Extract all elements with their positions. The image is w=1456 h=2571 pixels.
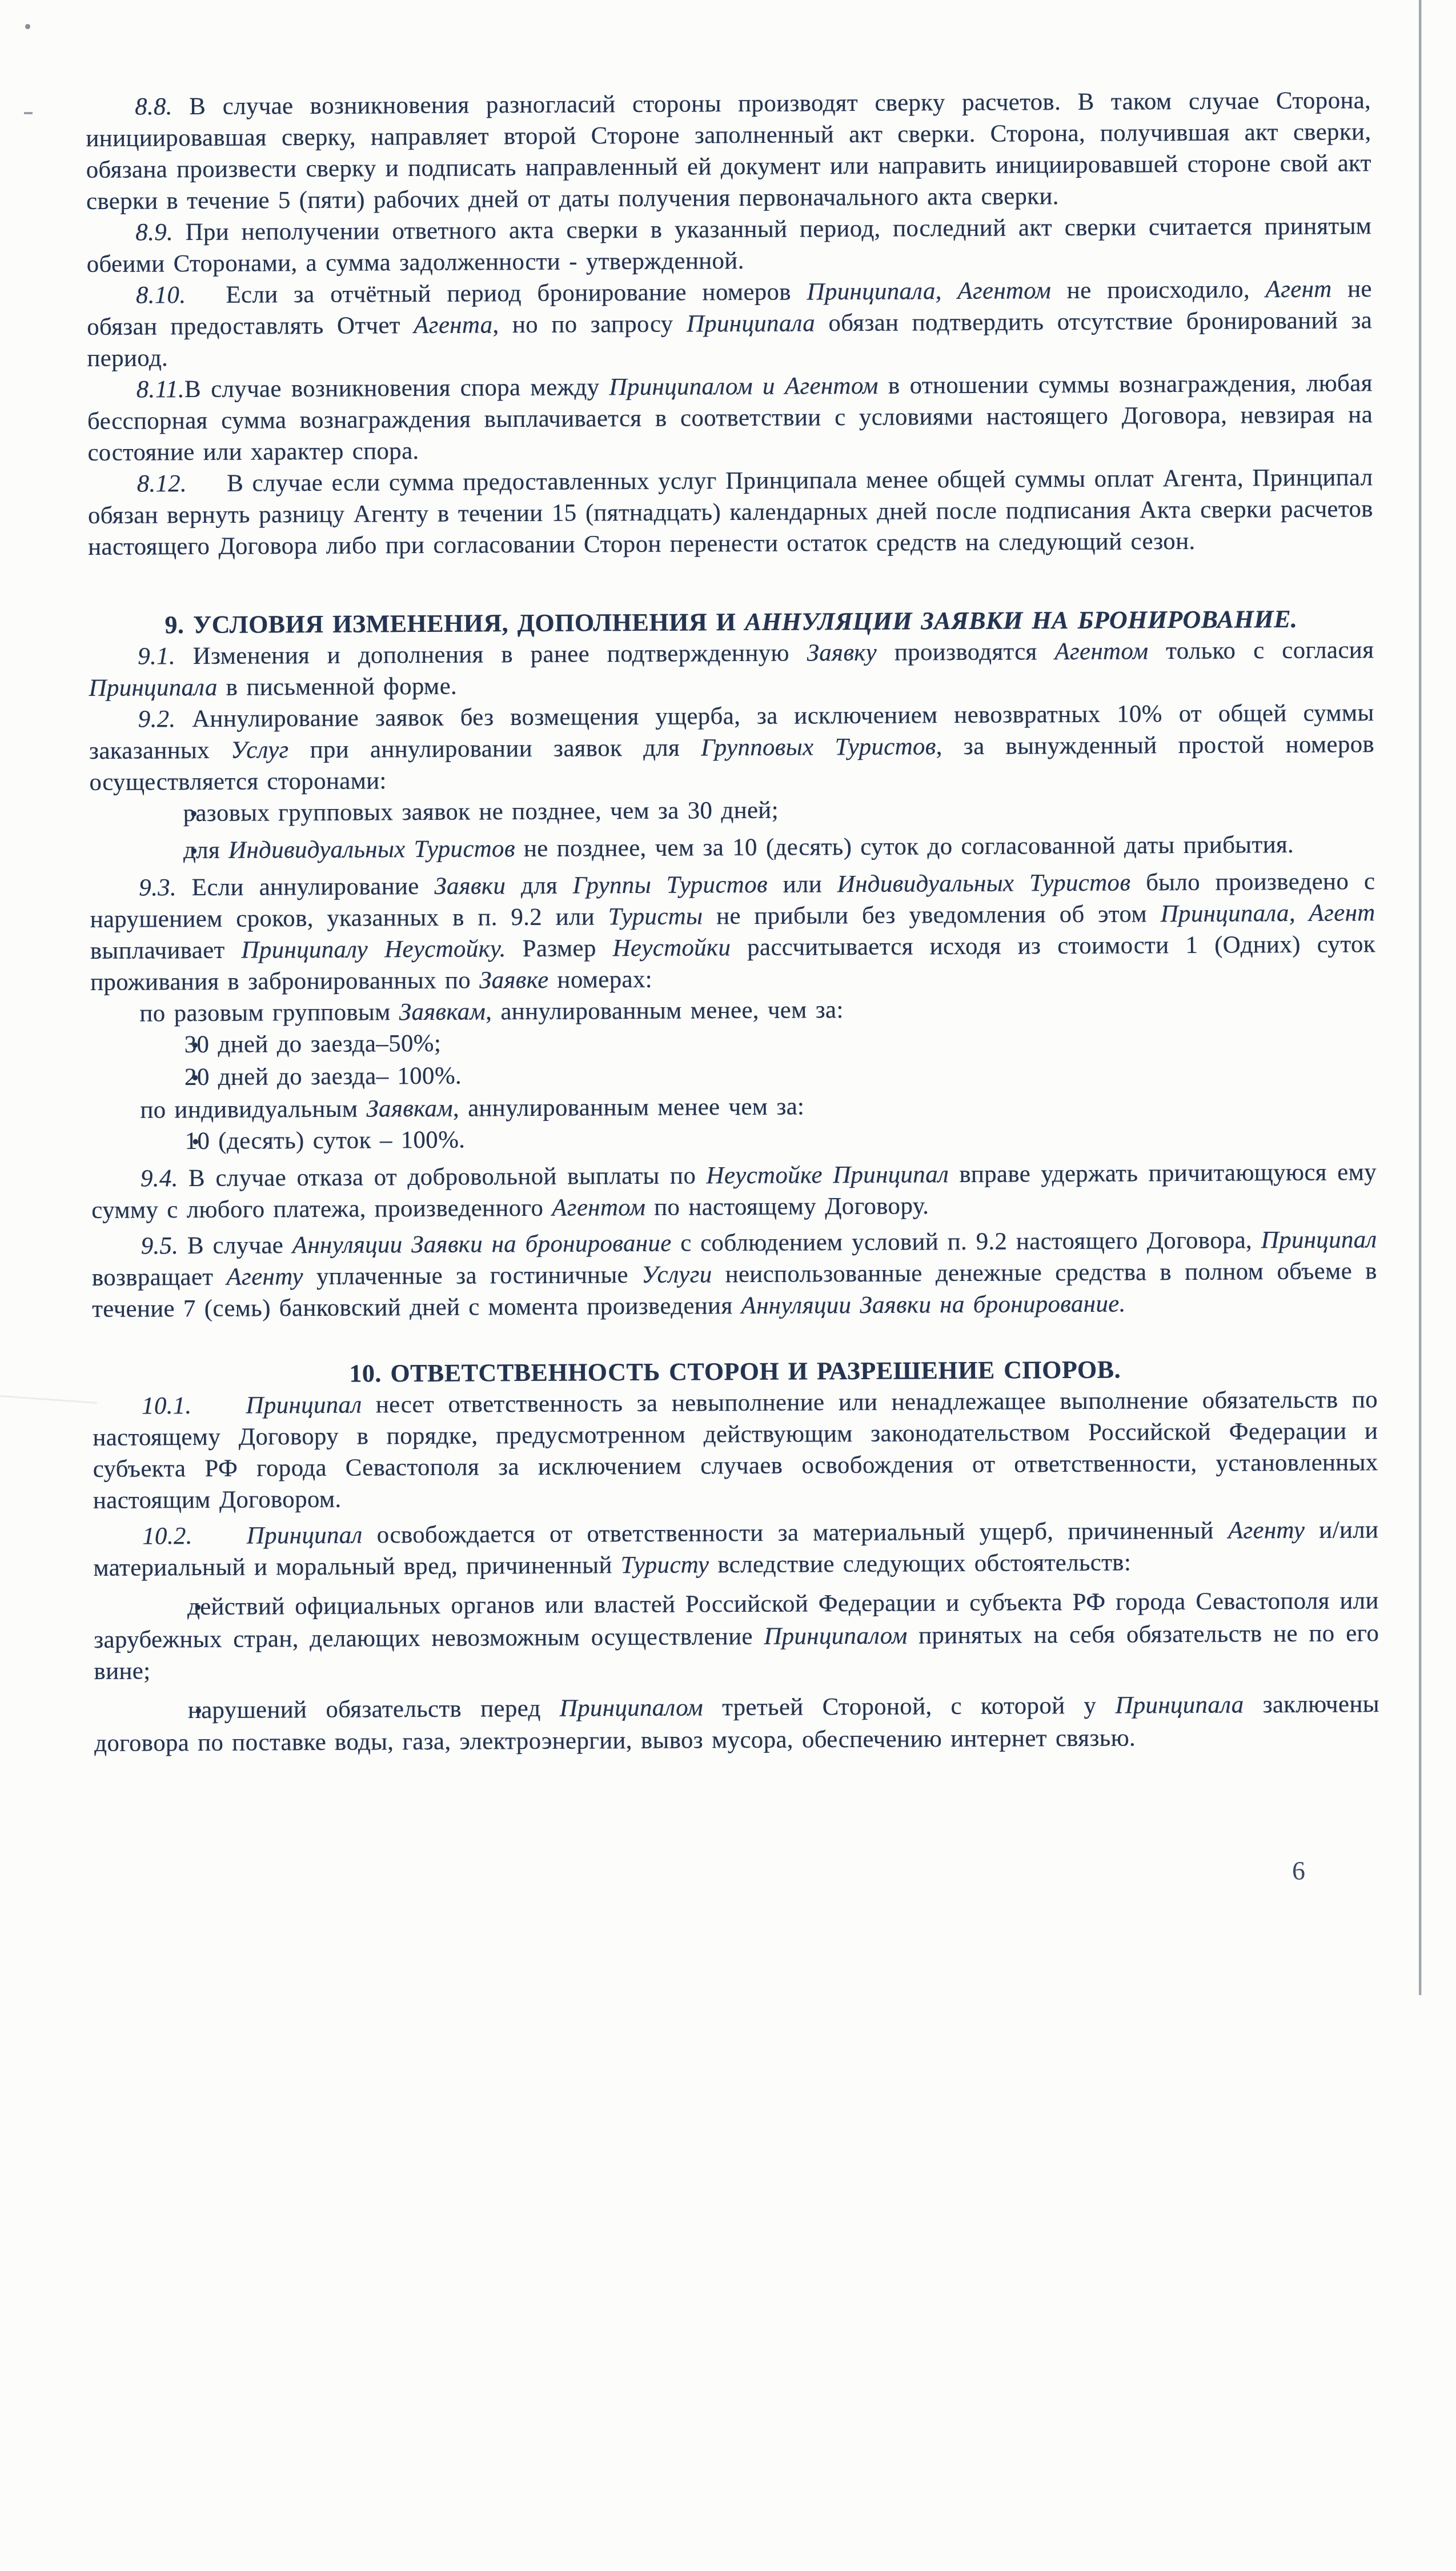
bullet-icon: •: [140, 836, 183, 867]
text-run: Услуги: [641, 1261, 712, 1288]
text-run: Принципалу Неустойку.: [241, 935, 506, 963]
text-run: 8.8.: [135, 93, 173, 120]
text-run: Принципала, Агентом: [807, 277, 1051, 305]
text-run: Если за отчётный период бронирование ном…: [226, 278, 807, 308]
text-run: Заявкам: [399, 998, 486, 1026]
text-run: Принципалом: [764, 1623, 908, 1650]
bullet-group-deadline: •разовых групповых заявок не позднее, че…: [89, 791, 1374, 831]
text-run: Размер: [506, 935, 613, 962]
text-run: 8.9.: [135, 219, 173, 246]
text-run: 9.5.: [141, 1232, 178, 1259]
bullet-icon: •: [145, 1696, 188, 1727]
bullet-icon: •: [141, 1063, 184, 1094]
text-run: по разовым групповым: [139, 999, 399, 1027]
text-run: Изменения и дополнения в ранее подтвержд…: [175, 639, 807, 670]
text-run: 9.1.: [138, 643, 175, 670]
clause-9-3: 9.3. Если аннулирование Заявки для Групп…: [90, 866, 1375, 998]
text-run: Принципал: [1261, 1226, 1377, 1254]
text-run: Групповых Туристов: [701, 733, 936, 761]
clause-9-4: 9.4. В случае отказа от добровольной вып…: [91, 1156, 1377, 1226]
text-run: Принципала: [687, 310, 815, 337]
text-run: 10.1.: [142, 1392, 192, 1419]
text-run: Агенту: [226, 1263, 303, 1291]
bullet-icon: •: [144, 1592, 187, 1624]
text-run: 20 дней до заезда– 100%.: [184, 1063, 462, 1091]
text-run: 30 дней до заезда–50%;: [184, 1030, 442, 1058]
text-run: Агентом: [1054, 638, 1148, 665]
text-run: с соблюдением условий п. 9.2 настоящего …: [671, 1227, 1261, 1256]
text-run: не прибыли без уведомления об этом: [703, 900, 1160, 930]
text-run: При неполучении ответного акта сверки в …: [86, 213, 1371, 278]
text-run: Агент: [1265, 276, 1331, 303]
text-run: 9.3.: [139, 874, 177, 901]
text-run: [192, 1543, 247, 1544]
bullet-icon: •: [141, 1127, 184, 1158]
text-run: Принципала: [1115, 1691, 1244, 1719]
text-run: возвращает: [92, 1264, 227, 1291]
text-run: Неустойке Принципал: [706, 1161, 949, 1189]
text-run: [186, 302, 226, 303]
text-run: Индивидуальных Туристов: [837, 869, 1131, 898]
text-run: В случае: [178, 1232, 292, 1259]
text-run: выплачивает: [90, 937, 242, 964]
clause-9-2: 9.2. Аннулирование заявок без возмещения…: [89, 697, 1375, 798]
text-run: Агента: [414, 311, 493, 339]
bullet-individual-deadline: •для Индивидуальных Туристов не позднее,…: [90, 828, 1375, 868]
clause-10-2: 10.2.Принципал освобождается от ответств…: [93, 1514, 1379, 1584]
scan-crease: [0, 1395, 97, 1404]
text-run: не позднее, чем за 10 (десять) суток до …: [515, 831, 1294, 862]
text-run: для: [506, 872, 573, 900]
text-run: Услуг: [231, 736, 289, 764]
text-run: [187, 491, 227, 491]
text-run: , аннулированным менее чем за:: [453, 1093, 805, 1122]
clause-8-12: 8.12.В случае если сумма предоставленных…: [87, 462, 1373, 563]
clause-8-10: 8.10.Если за отчётный период бронировани…: [87, 273, 1373, 374]
text-run: 8.12.: [137, 470, 187, 497]
text-run: Заявки: [434, 872, 506, 900]
clause-8-8: 8.8. В случае возникновения разногласий …: [86, 85, 1371, 217]
text-run: Если аннулирование: [177, 873, 435, 901]
text-run: 9.4.: [141, 1165, 178, 1192]
scanned-contract-page: 8.8. В случае возникновения разногласий …: [0, 0, 1456, 2571]
bullet-icon: •: [139, 799, 183, 830]
text-run: вследствие следующих обстоятельств:: [709, 1549, 1131, 1578]
text-run: Туристу: [621, 1551, 709, 1579]
text-run: Заявку: [807, 639, 877, 667]
text-run: освобождается от ответственности за мате…: [362, 1517, 1228, 1549]
text-run: 10 (десять) суток – 100%.: [185, 1127, 466, 1155]
text-run: Неустойки: [612, 934, 731, 962]
clause-8-9: 8.9. При неполучении ответного акта свер…: [86, 210, 1372, 280]
text-run: не происходило,: [1051, 276, 1266, 304]
text-run: Принципалом: [560, 1694, 704, 1721]
text-run: В случае возникновения разногласий сторо…: [86, 87, 1371, 215]
clause-10-1: 10.1.Принципал несет ответственность за …: [93, 1384, 1378, 1516]
text-run: 9.2.: [138, 706, 176, 732]
text-run: 10.2.: [142, 1523, 192, 1549]
text-run: или: [768, 871, 837, 898]
scan-edge-line: [1419, 0, 1421, 1995]
text-run: Принципал: [246, 1392, 362, 1419]
text-run: номерах:: [548, 966, 652, 994]
text-run: В случае отказа от добровольной выплаты …: [178, 1162, 707, 1192]
text-run: производятся: [877, 638, 1055, 666]
text-run: Группы Туристов: [573, 871, 768, 899]
text-run: Аннуляции Заявки на бронирование.: [741, 1290, 1125, 1319]
text-run: , но по запросу: [492, 310, 687, 338]
clause-9-1: 9.1. Изменения и дополнения в ранее подт…: [89, 634, 1374, 704]
clause-9-5: 9.5. В случае Аннуляции Заявки на бронир…: [91, 1224, 1377, 1325]
text-run: в письменной форме.: [218, 673, 458, 701]
text-run: Заявкам: [366, 1095, 453, 1123]
text-run: Принципала: [89, 674, 217, 702]
text-run: разовых групповых заявок не позднее, чем…: [183, 797, 778, 827]
scan-speck-dot: [25, 24, 30, 29]
clause-8-11: 8.11.В случае возникновения спора между …: [87, 367, 1373, 468]
text-run: 9. УСЛОВИЯ ИЗМЕНЕНИЯ, ДОПОЛНЕНИЯ И: [165, 608, 745, 639]
text-run: Агенту: [1228, 1517, 1305, 1544]
text-run: Заявке: [479, 967, 549, 994]
text-run: Агентом: [552, 1194, 645, 1222]
bullet-10-days: •10 (десять) суток – 100%.: [91, 1119, 1376, 1159]
text-run: для: [183, 837, 228, 864]
text-run: 8.11.: [137, 376, 185, 403]
text-run: АННУЛЯЦИИ ЗАЯВКИ НА БРОНИРОВАНИЕ.: [745, 605, 1298, 636]
contract-text: 8.8. В случае возникновения разногласий …: [86, 85, 1379, 1759]
text-run: Индивидуальных Туристов: [228, 835, 515, 864]
text-run: [192, 1413, 246, 1413]
page-number: 6: [1292, 1856, 1305, 1886]
text-run: Принципал: [247, 1521, 363, 1549]
bullet-official-actions: •действий официальных органов или власте…: [94, 1585, 1379, 1687]
text-run: 8.10.: [136, 282, 186, 309]
text-run: Принципалом и Агентом: [609, 373, 878, 401]
text-run: В случае возникновения спора между: [184, 374, 609, 403]
text-run: Аннуляции Заявки на бронирование: [292, 1230, 672, 1259]
text-run: нарушений обязательств перед: [188, 1695, 560, 1724]
text-run: по индивидуальным: [140, 1095, 366, 1123]
text-run: В случае если сумма предоставленных услу…: [88, 464, 1373, 560]
bullet-icon: •: [141, 1030, 184, 1062]
text-run: только с согласия: [1148, 636, 1374, 664]
text-run: , аннулированным менее, чем за:: [486, 996, 844, 1025]
text-run: 10. ОТВЕТСТВЕННОСТЬ СТОРОН И РАЗРЕШЕНИЕ …: [349, 1356, 1121, 1388]
text-run: Туристы: [608, 903, 703, 930]
text-run: третьей Стороной, с которой у: [703, 1692, 1116, 1721]
bullet-third-party: •нарушений обязательств перед Принципало…: [94, 1688, 1380, 1759]
scan-speck-dash: [24, 112, 33, 114]
text-run: при аннулировании заявок для: [288, 734, 701, 763]
text-run: по настоящему Договору.: [645, 1192, 929, 1221]
text-run: Принципала, Агент: [1161, 899, 1375, 927]
text-run: уплаченные за гостиничные: [303, 1262, 642, 1290]
